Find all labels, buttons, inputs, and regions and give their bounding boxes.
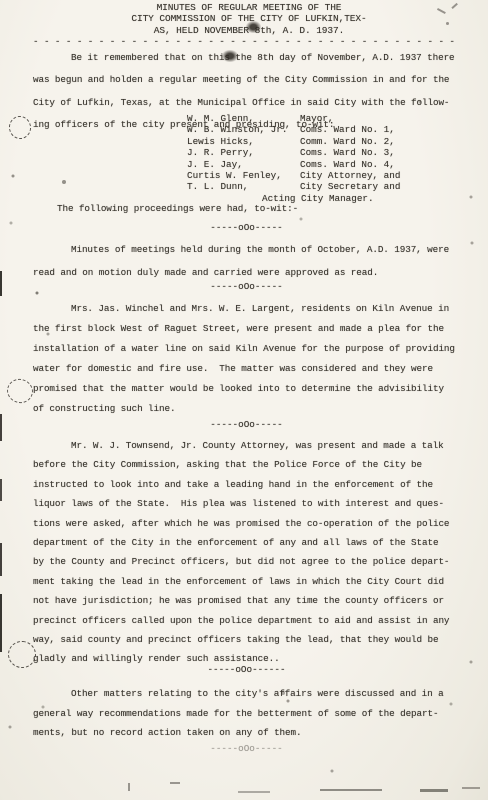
proceedings-line: The following proceedings were had, to-w… [33, 203, 465, 214]
ink-blot [246, 21, 261, 33]
officer-title: City Attorney, and [300, 170, 400, 181]
officer-name: Lewis Hicks, [187, 136, 300, 147]
text-line: Mrs. Jas. Winchel and Mrs. W. E. Largent… [33, 299, 465, 319]
text-line: precinct officers called upon the police… [33, 611, 465, 630]
paragraph-county-attorney: Mr. W. J. Townsend, Jr. County Attorney,… [33, 436, 465, 669]
officer-row: J. R. Perry,Coms. Ward No. 3, [187, 147, 467, 158]
officers-list: W. M. Glenn,Mayor, W. B. Winston, Jr.Com… [187, 113, 467, 204]
scan-edge-line [0, 479, 2, 501]
title-line-1: MINUTES OF REGULAR MEETING OF THE [33, 2, 465, 13]
officer-title: Coms. Ward No. 3, [300, 147, 395, 158]
officer-name: J. R. Perry, [187, 147, 300, 158]
text-line: before the City Commission, asking that … [33, 455, 465, 474]
paper-specks [0, 0, 2, 2]
officer-title: Mayor, [300, 113, 333, 124]
dashed-rule: - - - - - - - - - - - - - - - - - - - - … [33, 36, 465, 47]
section-separator: -----oOo----- [33, 281, 460, 292]
text-line: ments, but no record action taken on any… [33, 723, 465, 743]
text-line: by the County and Precinct officers, but… [33, 552, 465, 571]
text-line: was begun and holden a regular meeting o… [33, 69, 465, 91]
officer-name: W. B. Winston, Jr. [187, 124, 300, 135]
scan-smudge [170, 782, 180, 784]
scan-smudge [420, 789, 448, 792]
officer-row: T. L. Dunn,City Secretary and [187, 181, 467, 192]
text-line: instructed to look into and take a leadi… [33, 475, 465, 494]
section-separator: -----oOo----- [33, 222, 460, 233]
scan-smudge [320, 789, 382, 791]
officer-name: T. L. Dunn, [187, 181, 300, 192]
officer-row: W. B. Winston, Jr.Coms. Ward No. 1, [187, 124, 467, 135]
text-line: department of the City in the enforcemen… [33, 533, 465, 552]
scan-edge-line [0, 543, 2, 576]
paragraph-other-matters: Other matters relating to the city's aff… [33, 684, 465, 743]
text-line: Minutes of meetings held during the mont… [33, 239, 465, 262]
text-line: ment taking the lead in the enforcement … [33, 572, 465, 591]
pencil-circle-mark [7, 114, 33, 140]
text-line: City of Lufkin, Texas, at the Municipal … [33, 92, 465, 114]
pencil-squiggle [446, 22, 449, 25]
officer-row: Curtis W. Fenley,City Attorney, and [187, 170, 467, 181]
scan-edge-line [0, 594, 2, 652]
officer-title: Comm. Ward No. 2, [300, 136, 395, 147]
text-line: Mr. W. J. Townsend, Jr. County Attorney,… [33, 436, 465, 455]
officer-row: Lewis Hicks,Comm. Ward No. 2, [187, 136, 467, 147]
scanned-minutes-page: MINUTES OF REGULAR MEETING OF THE CITY C… [0, 0, 488, 800]
officer-title: Coms. Ward No. 1, [300, 124, 395, 135]
text-line: installation of a water line on said Kil… [33, 339, 465, 359]
officer-title: City Secretary and [300, 181, 400, 192]
scan-edge-line [0, 414, 2, 441]
officer-name: J. E. Jay, [187, 159, 300, 170]
officer-name: Curtis W. Fenley, [187, 170, 300, 181]
scan-smudge [238, 791, 270, 793]
text-line: water for domestic and fire use. The mat… [33, 359, 465, 379]
text-line: general way recommendations made for the… [33, 704, 465, 724]
text-line: way, said county and precinct officers t… [33, 630, 465, 649]
text-line: promised that the matter would be looked… [33, 379, 465, 399]
scan-edge-line [0, 271, 2, 296]
text-line: not have jurisdiction; he was promised t… [33, 591, 465, 610]
officer-row: J. E. Jay,Coms. Ward No. 4, [187, 159, 467, 170]
section-separator: -----oOo----- [33, 419, 460, 430]
text-line: The following proceedings were had, to-w… [33, 203, 465, 214]
paragraph-minutes-approval: Minutes of meetings held during the mont… [33, 239, 465, 284]
scan-smudge [462, 787, 480, 789]
text-line: Be it remembered that on this the 8th da… [33, 47, 465, 69]
officer-row: W. M. Glenn,Mayor, [187, 113, 467, 124]
text-line: liquor laws of the State. His plea was l… [33, 494, 465, 513]
ink-blot [222, 50, 238, 62]
section-separator: -----oOo----- [33, 743, 460, 754]
scan-smudge [128, 783, 130, 791]
text-line: Other matters relating to the city's aff… [33, 684, 465, 704]
text-line: of constructing such line. [33, 399, 465, 419]
officer-name: W. M. Glenn, [187, 113, 300, 124]
text-line: the first block West of Raguet Street, w… [33, 319, 465, 339]
text-line: tions were asked, after which he was pro… [33, 514, 465, 533]
paragraph-water-line-plea: Mrs. Jas. Winchel and Mrs. W. E. Largent… [33, 299, 465, 419]
pencil-circle-mark [4, 376, 35, 406]
section-separator: -----oOo------ [33, 664, 460, 675]
officer-title: Coms. Ward No. 4, [300, 159, 395, 170]
